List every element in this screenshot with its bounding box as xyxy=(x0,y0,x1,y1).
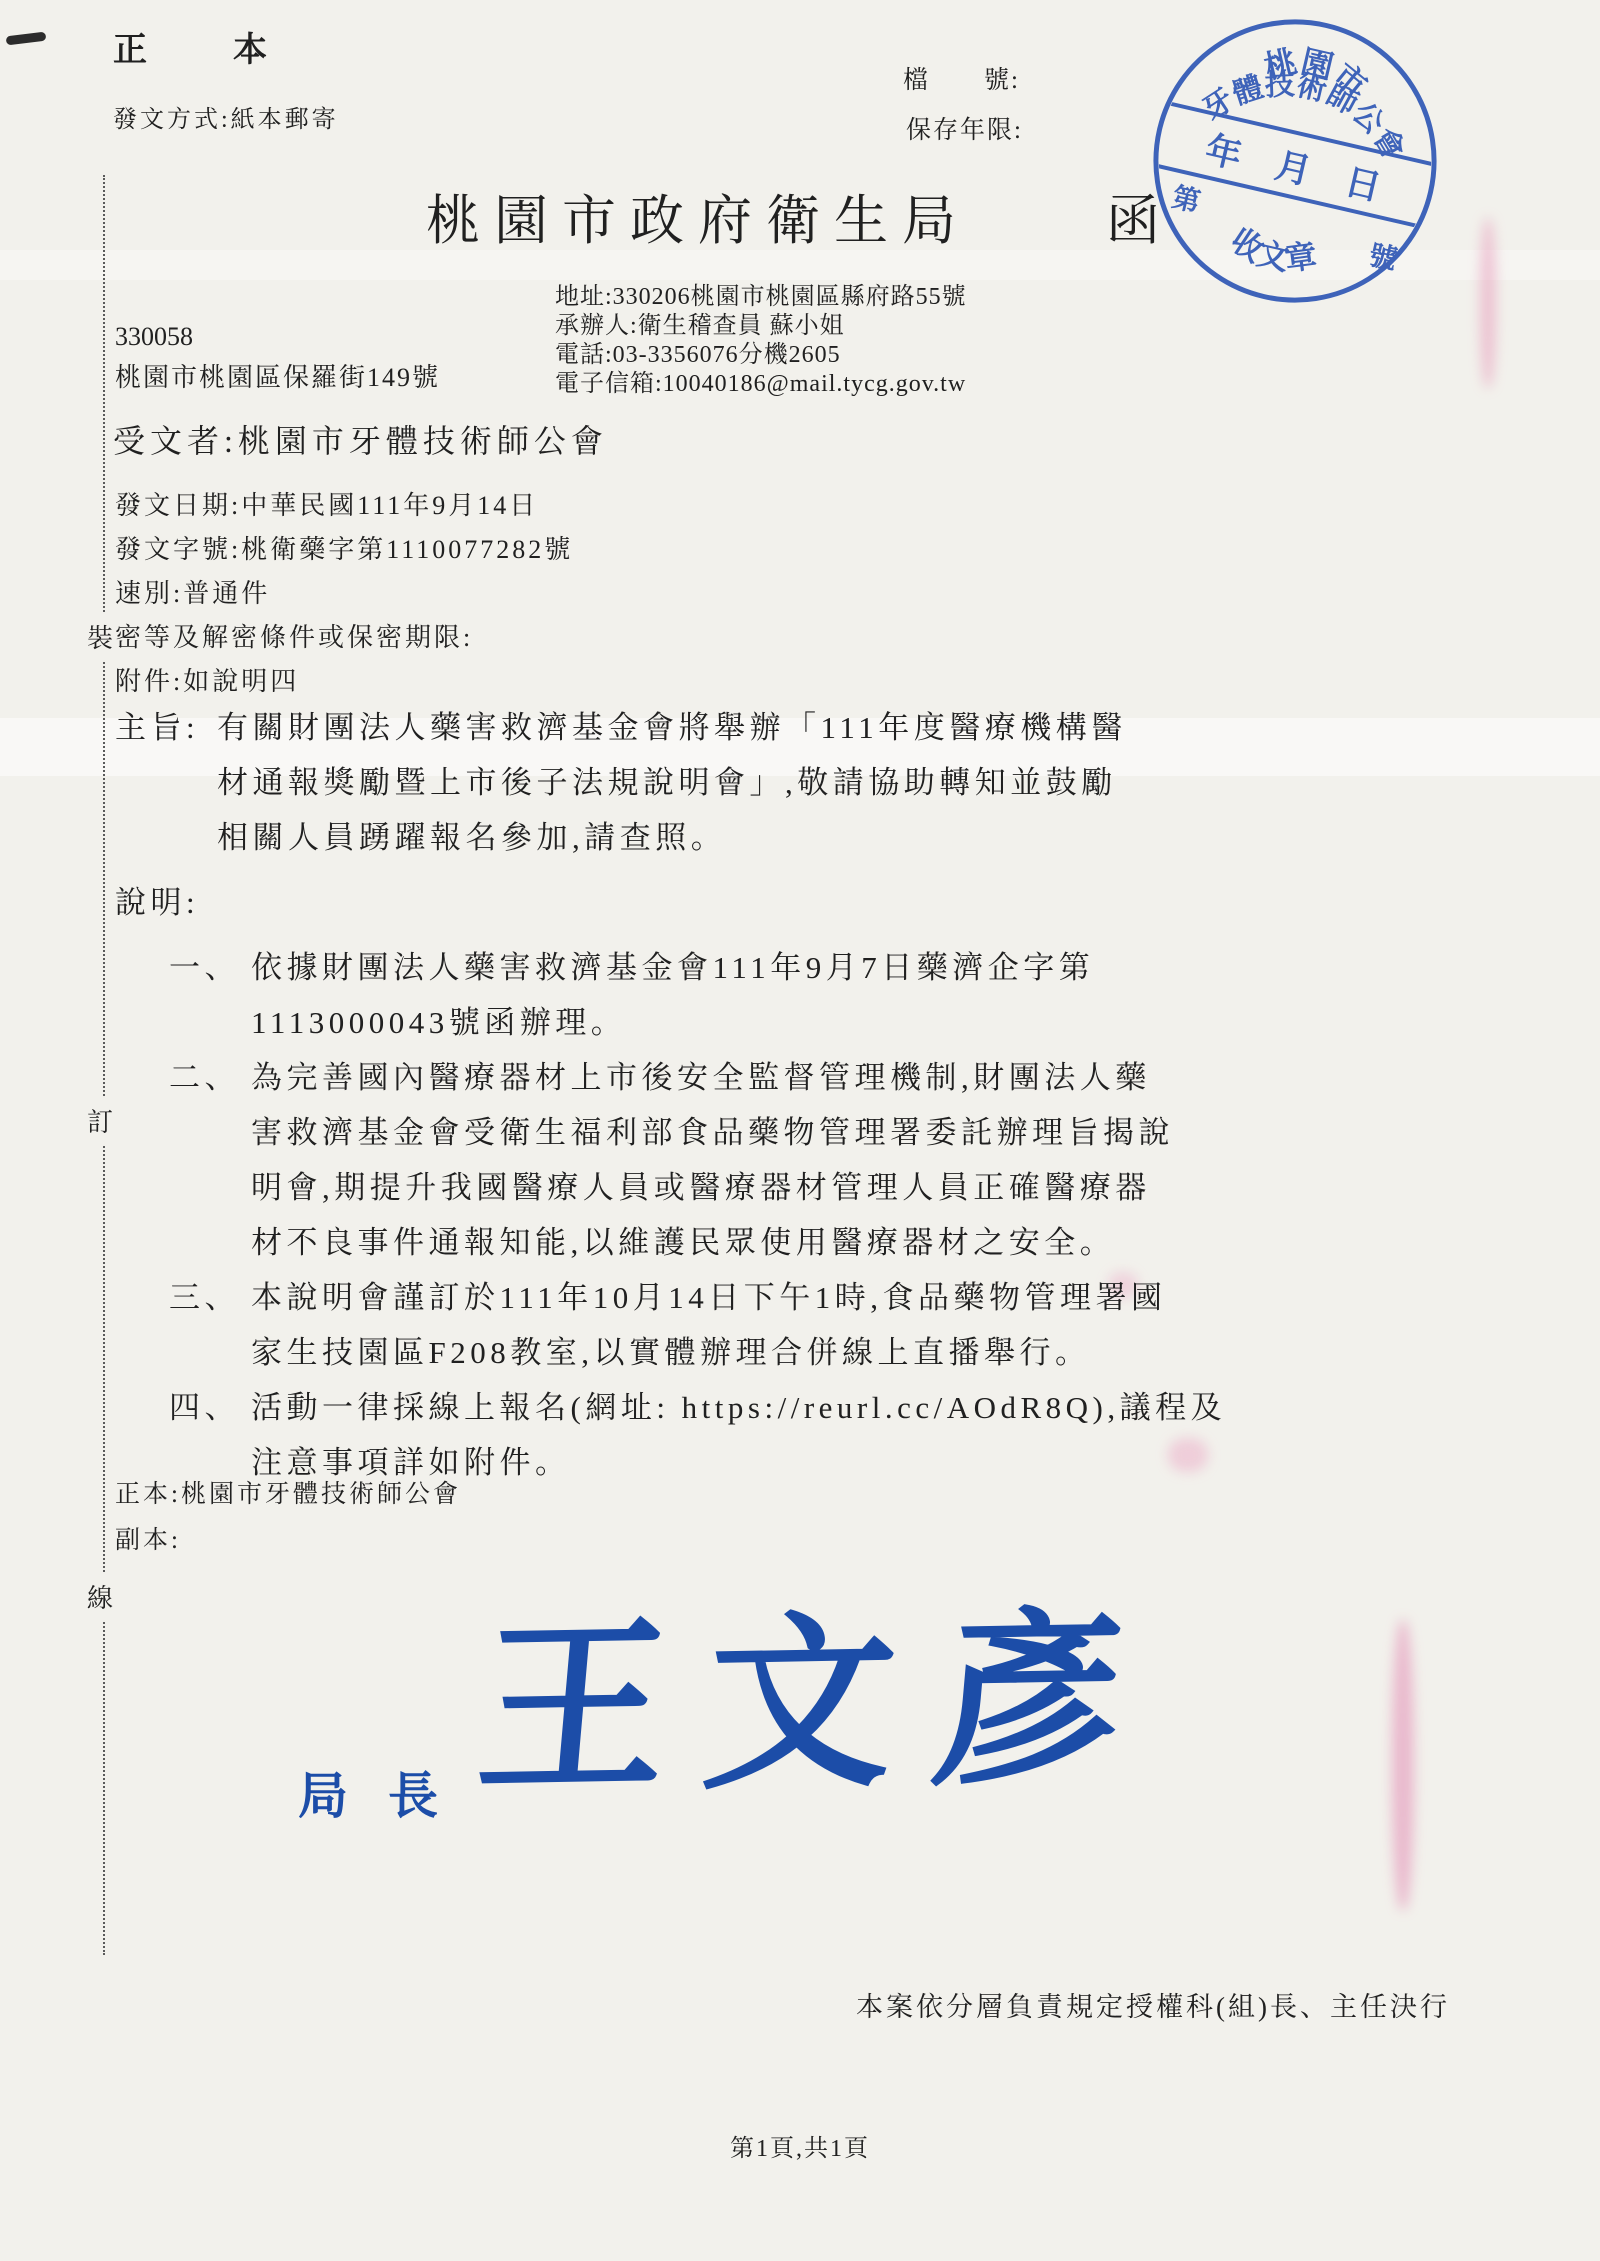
subject-line: 材通報獎勵暨上市後子法規說明會」,敬請協助轉知並鼓勵 xyxy=(217,755,1460,810)
subject-line: 相關人員踴躍報名參加,請查照。 xyxy=(217,810,1460,865)
received-date-stamp: 桃園市 牙體技術師公會 年 月 日 第 號 收文章 xyxy=(1116,0,1473,340)
document-meta-block: 發文日期:中華民國111年9月14日 發文字號:桃衛藥字第1110077282號… xyxy=(115,484,573,704)
item-line: 明會,期提升我國醫療人員或醫療器材管理人員正確醫療器 xyxy=(251,1160,1460,1215)
item-number: 一、 xyxy=(169,940,240,995)
description-item-1: 一、 依據財團法人藥害救濟基金會111年9月7日藥濟企字第 1113000043… xyxy=(115,940,1460,1050)
copies-block: 正本:桃園市牙體技術師公會 副本: xyxy=(115,1472,461,1564)
item-number: 二、 xyxy=(169,1050,240,1105)
scanner-dash-artifact xyxy=(6,32,47,46)
attachment-note: 附件:如說明四 xyxy=(115,660,573,704)
copy-type-label: 正 本 xyxy=(113,22,293,71)
item-line: 1113000043號函辦理。 xyxy=(251,995,1460,1050)
item-line: 家生技園區F208教室,以實體辦理合併線上直播舉行。 xyxy=(251,1325,1460,1380)
recipient-street-address: 桃園市桃園區保羅街149號 xyxy=(115,357,440,394)
signer-signature: 王文彥 xyxy=(471,1606,1167,1806)
sender-info-block: 地址:330206桃園市桃園區縣府路55號 承辦人:衛生稽查員 蘇小姐 電話:0… xyxy=(555,283,967,399)
binding-char-xian: 線 xyxy=(80,1572,120,1621)
ink-smudge xyxy=(1392,1620,1414,1910)
item-line: 依據財團法人藥害救濟基金會111年9月7日藥濟企字第 xyxy=(251,940,1460,995)
delegation-note: 本案依分層負責規定授權科(組)長、主任決行 xyxy=(856,1985,1450,2024)
file-number-label: 檔 號: xyxy=(903,60,1020,96)
sender-email: 電子信箱:10040186@mail.tycg.gov.tw xyxy=(555,370,967,399)
item-line: 材不良事件通報知能,以維護民眾使用醫療器材之安全。 xyxy=(251,1215,1460,1270)
item-number: 四、 xyxy=(169,1380,240,1435)
sender-contact: 承辦人:衛生稽查員 蘇小姐 xyxy=(555,312,967,341)
stamp-graphic: 桃園市 牙體技術師公會 年 月 日 第 號 收文章 xyxy=(1116,0,1473,340)
cc-copy-line: 副本: xyxy=(115,1518,461,1564)
binding-char-ding: 訂 xyxy=(80,1096,120,1145)
description-label: 說明: xyxy=(115,875,1460,930)
subject-line: 有關財團法人藥害救濟基金會將舉辦「111年度醫療機構醫 xyxy=(217,700,1460,755)
issue-number: 發文字號:桃衛藥字第1110077282號 xyxy=(115,528,573,572)
subject-paragraph: 主旨: 有關財團法人藥害救濟基金會將舉辦「111年度醫療機構醫 材通報獎勵暨上市… xyxy=(115,700,1460,865)
recipient-zip: 330058 xyxy=(115,322,193,352)
description-item-3: 三、 本說明會謹訂於111年10月14日下午1時,食品藥物管理署國 家生技園區F… xyxy=(115,1270,1460,1380)
priority: 速別:普通件 xyxy=(115,572,573,616)
item-line: 為完善國內醫療器材上市後安全監督管理機制,財團法人藥 xyxy=(251,1050,1460,1105)
item-line: 本說明會謹訂於111年10月14日下午1時,食品藥物管理署國 xyxy=(251,1270,1460,1325)
binding-dotted-line xyxy=(103,175,105,1955)
description-item-2: 二、 為完善國內醫療器材上市後安全監督管理機制,財團法人藥 害救濟基金會受衛生福… xyxy=(115,1050,1460,1270)
original-copy-line: 正本:桃園市牙體技術師公會 xyxy=(115,1472,461,1518)
signer-title: 局長 xyxy=(298,1756,478,1828)
item-line: 活動一律採線上報名(網址: https://reurl.cc/AOdR8Q),議… xyxy=(251,1380,1460,1435)
issue-date: 發文日期:中華民國111年9月14日 xyxy=(115,484,573,528)
delivery-method: 發文方式:紙本郵寄 xyxy=(113,99,339,134)
retention-period-label: 保存年限: xyxy=(906,110,1023,146)
classification: 密等及解密條件或保密期限: xyxy=(115,616,573,660)
scanned-official-letter: { "colors":{"paper":"#f2f1ec","ink":"#20… xyxy=(0,0,1600,2261)
sender-phone: 電話:03-3356076分機2605 xyxy=(555,341,967,370)
page-number: 第1頁,共1頁 xyxy=(0,2128,1600,2163)
subject-label: 主旨: xyxy=(115,700,199,755)
binding-char-zhuang: 裝 xyxy=(80,612,120,661)
sender-address: 地址:330206桃園市桃園區縣府路55號 xyxy=(555,283,967,312)
letter-body: 主旨: 有關財團法人藥害救濟基金會將舉辦「111年度醫療機構醫 材通報獎勵暨上市… xyxy=(115,700,1460,1490)
item-number: 三、 xyxy=(169,1270,240,1325)
document-title: 桃園市政府衛生局 函 xyxy=(0,178,1600,255)
recipient-line: 受文者:桃園市牙體技術師公會 xyxy=(113,416,608,462)
item-line: 害救濟基金會受衛生福利部食品藥物管理署委託辦理旨揭說 xyxy=(251,1105,1460,1160)
